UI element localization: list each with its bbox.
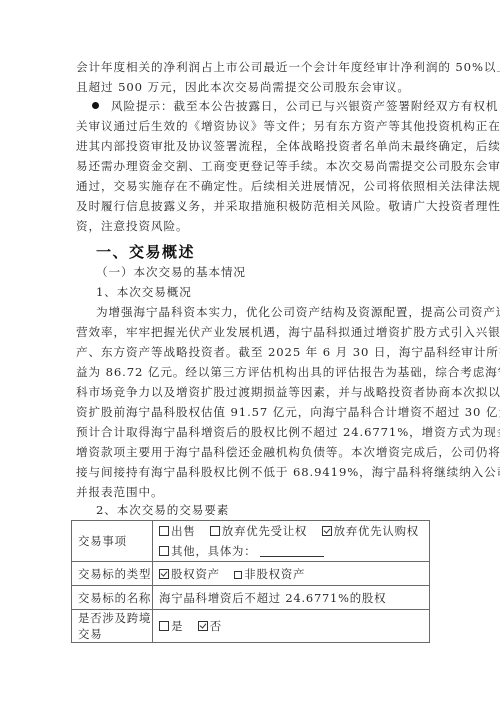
option-equity-asset: 股权资产 [159, 567, 220, 581]
checkbox-checked-icon [198, 621, 208, 631]
item-heading-1: 1、本次交易概况 [96, 282, 192, 302]
blank-underline [260, 544, 324, 557]
bullet-dot-icon [92, 102, 99, 109]
option-yes: 是 [159, 619, 183, 633]
risk-line-3: 进其内部投资审批及协议签署流程，全体战略投资者名单尚未最终确定，后续交 [76, 136, 426, 156]
para-line-7: 预计合计取得海宁晶科增资后的股权比例不超过 24.6771%，增资方式为现金， [76, 422, 426, 442]
option-no: 否 [198, 619, 222, 633]
table-row: 交易标的类型 股权资产 非股权资产 [72, 562, 430, 586]
risk-line-1: 风险提示：截至本公告披露日，公司已与兴银资产签署附经双方有权机 [111, 96, 426, 116]
para-line-2: 营效率，牢牢把握光伏产业发展机遇，海宁晶科拟通过增资扩股方式引入兴银资 [76, 322, 426, 342]
checkbox-unchecked-icon [159, 526, 169, 536]
subsection-heading: （一）本次交易的基本情况 [96, 262, 246, 282]
intro-line-2: 且超过 500 万元，因此本次交易尚需提交公司股东会审议。 [76, 77, 426, 97]
risk-bullet: 风险提示：截至本公告披露日，公司已与兴银资产签署附经双方有权机 [96, 96, 426, 116]
checkbox-unchecked-icon [159, 621, 169, 631]
checkbox-checked-icon [322, 526, 332, 536]
para-line-4: 益为 86.72 亿元。经以第三方评估机构出具的评估报告为基础，综合考虑海宁晶 [76, 362, 426, 382]
transaction-elements-table: 交易事项 出售 放弃优先受让权 放弃优先认购权 其他，具体为： 交易标的类型 股… [71, 520, 430, 643]
para-line-6: 资扩股前海宁晶科股权估值 91.57 亿元，向海宁晶科合计增资不超过 30 亿元… [76, 402, 426, 422]
section-heading: 一、交易概述 [96, 241, 195, 262]
row-value: 出售 放弃优先受让权 放弃优先认购权 其他，具体为： [153, 521, 430, 562]
risk-line-2: 关审议通过后生效的《增资协议》等文件；另有东方资产等其他投资机构正在推 [76, 116, 426, 136]
row-label: 交易标的名称 [72, 586, 153, 610]
row-value: 股权资产 非股权资产 [153, 562, 430, 586]
row-label: 是否涉及跨境交易 [72, 610, 153, 643]
option-waive-subscription: 放弃优先认购权 [322, 524, 419, 538]
row-label: 交易事项 [72, 521, 153, 562]
para-line-10: 并报表范围中。 [76, 482, 426, 502]
table-row: 是否涉及跨境交易 是 否 [72, 610, 430, 643]
table-row: 交易标的名称 海宁晶科增资后不超过 24.6771%的股权 [72, 586, 430, 610]
risk-line-4: 易还需办理资金交割、工商变更登记等手续。本次交易尚需提交公司股东会审议 [76, 156, 426, 176]
risk-line-5: 通过，交易实施存在不确定性。后续相关进展情况，公司将依照相关法律法规， [76, 176, 426, 196]
row-value: 是 否 [153, 610, 430, 643]
row-label: 交易标的类型 [72, 562, 153, 586]
para-line-9: 接与间接持有海宁晶科股权比例不低于 68.9419%，海宁晶科将继续纳入公司合 [76, 462, 426, 482]
option-other: 其他，具体为： [159, 544, 256, 558]
option-sell: 出售 [159, 524, 195, 538]
option-waive-transfer: 放弃优先受让权 [210, 524, 307, 538]
checkbox-checked-icon [159, 569, 169, 579]
checkbox-unchecked-icon [159, 546, 169, 556]
row-value: 海宁晶科增资后不超过 24.6771%的股权 [153, 586, 430, 610]
para-line-1: 为增强海宁晶科资本实力，优化公司资产结构及资源配置，提高公司资产运 [96, 302, 426, 322]
para-line-5: 科市场竞争力以及增资扩股过渡期损益等因素，并与战略投资者协商本次拟以增 [76, 382, 426, 402]
para-line-3: 产、东方资产等战略投资者。截至 2025 年 6 月 30 日，海宁晶科经审计所… [76, 342, 426, 362]
table-row: 交易事项 出售 放弃优先受让权 放弃优先认购权 其他，具体为： [72, 521, 430, 562]
checkbox-unchecked-icon [234, 571, 242, 579]
item-heading-2: 2、本次交易的交易要素 [96, 500, 229, 520]
para-line-8: 增资款项主要用于海宁晶科偿还金融机构负债等。本次增资完成后，公司仍将直 [76, 442, 426, 462]
option-non-equity-asset: 非股权资产 [234, 567, 305, 581]
intro-line-1: 会计年度相关的净利润占上市公司最近一个会计年度经审计净利润的 50%以上， [76, 57, 426, 77]
checkbox-unchecked-icon [210, 526, 220, 536]
risk-line-7: 资，注意投资风险。 [76, 216, 426, 236]
risk-line-6: 及时履行信息披露义务，并采取措施积极防范相关风险。敬请广大投资者理性投 [76, 196, 426, 216]
